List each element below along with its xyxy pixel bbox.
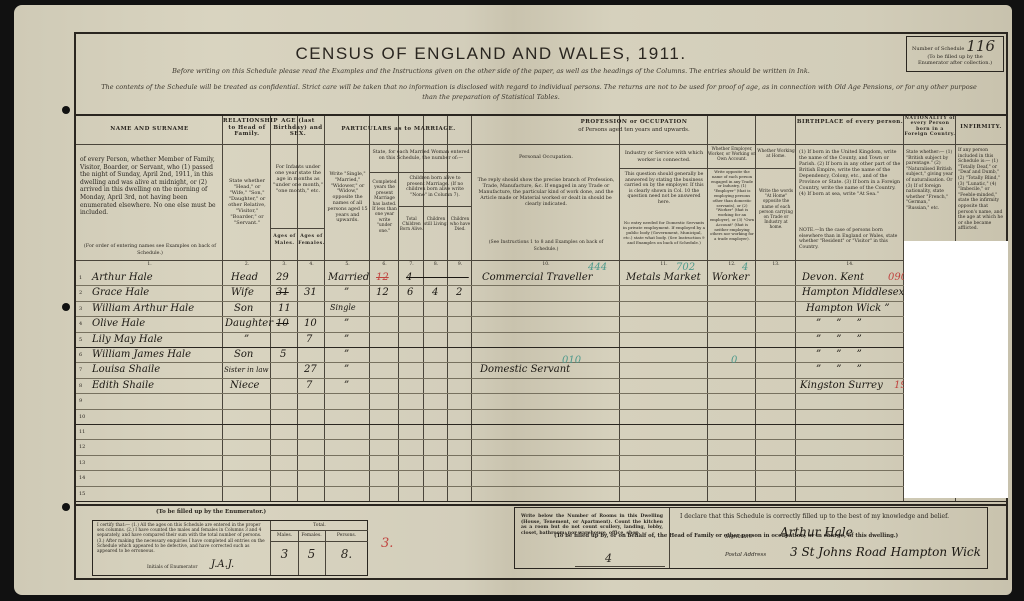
table-row: 14 <box>76 471 1006 486</box>
header-nationality-title: NATIONALITY of every Person born in a Fo… <box>904 116 956 138</box>
header-age-males: Ages of Males. <box>271 234 298 247</box>
head-of-family-box: Write below the Number of Rooms in this … <box>514 507 988 569</box>
relationship: Sister in law <box>224 366 269 374</box>
red-annotation: 3. <box>381 536 393 551</box>
birthplace: Kingston Surrey <box>800 380 883 391</box>
person-name: Louisa Shaile <box>92 364 160 375</box>
header-birthplace-title: BIRTHPLACE of every person. <box>796 119 904 126</box>
declaration: I declare that this Schedule is correctl… <box>680 513 949 520</box>
birthplace: ” ” ” <box>816 349 868 360</box>
age-female: 7 <box>306 380 312 391</box>
column-number: 12. <box>708 262 756 267</box>
row-number: 12 <box>79 444 85 450</box>
column-number: 1. <box>76 262 223 267</box>
row-number: 8 <box>79 383 82 389</box>
header-age-females: Ages of Females. <box>298 234 325 247</box>
married-woman-divider <box>370 172 472 173</box>
marital-condition: ” <box>344 334 349 345</box>
birthplace: Hampton Middlesex <box>802 287 904 298</box>
column-number: 13. <box>756 262 796 267</box>
marital-condition: ” <box>344 287 349 298</box>
header-age-body: For Infants under one year state the age… <box>273 164 323 194</box>
age-sex-divider <box>271 228 325 229</box>
row-number: 1 <box>79 275 82 281</box>
postal-address-label: Postal Address <box>725 552 766 558</box>
employment-code: 0 <box>731 355 737 366</box>
marital-condition: ” <box>344 318 349 329</box>
enumerator-title: (To be filled up by the Enumerator.) <box>156 509 266 515</box>
person-name: William James Hale <box>92 349 191 360</box>
occupation: Commercial Traveller <box>482 272 593 283</box>
header-industry-note: No entry needed for Domestic Servants in… <box>622 220 706 245</box>
header-employer-body: Write opposite the name of each person e… <box>709 170 755 242</box>
header-profession-subtitle: of Persons aged ten years and upwards. <box>472 127 796 134</box>
age-female: 27 <box>304 364 317 375</box>
schedule-number-note: (To be filled up by the Enumerator after… <box>912 54 998 66</box>
header-industry-body: This question should generally be answer… <box>622 172 706 206</box>
header-nationality-body: State whether:— (1) "British subject by … <box>906 150 954 212</box>
column-number: 3. <box>271 262 298 267</box>
instruction-line: Before writing on this Schedule please r… <box>76 67 906 75</box>
header-relationship-title: RELATIONSHIP to Head of Family. <box>223 118 271 138</box>
children-living: 4 <box>432 287 438 298</box>
person-name: Grace Hale <box>92 287 149 298</box>
table-row: 6 William James Hale Son 5 ” ” ” ” <box>76 348 1006 363</box>
age-male: 29 <box>276 272 289 283</box>
total-females: 5 <box>298 547 325 561</box>
column-number: 9. <box>448 262 472 267</box>
form-frame: CENSUS OF ENGLAND AND WALES, 1911. Befor… <box>74 32 1008 580</box>
total-males: 3 <box>271 547 298 561</box>
header-relationship-body: State whether "Head," or "Wife," "Son," … <box>225 178 269 226</box>
census-table: NAME AND SURNAME RELATIONSHIP to Head of… <box>76 114 1006 502</box>
redacted-infirmity-area <box>904 241 1008 498</box>
column-number: 2. <box>223 262 271 267</box>
employment-code: 4 <box>742 262 748 273</box>
person-name: Lily May Hale <box>92 334 163 345</box>
table-row: 12 <box>76 440 1006 455</box>
females-label: Females. <box>298 533 325 538</box>
birthplace: ” ” ” <box>816 318 868 329</box>
column-number: 7. <box>399 262 424 267</box>
table-row: 7 Louisa Shaile Sister in law 27 ” Domes… <box>76 363 1006 378</box>
header-infirmity-body: If any person included in this Schedule … <box>958 148 1004 232</box>
punch-hole <box>62 106 70 114</box>
table-row: 4 Olive Hale Daughter 10 10 ” ” ” ” <box>76 317 1006 332</box>
birthplace: Devon. Kent <box>802 272 864 283</box>
initials-label: Initials of Enumerator <box>147 565 198 570</box>
relationship: ” <box>244 334 249 345</box>
person-name: William Arthur Hale <box>92 303 194 314</box>
table-row: 2 Grace Hale Wife 31 31 ” 12 6 4 2 Hampt… <box>76 286 1006 301</box>
children-died: 2 <box>456 287 462 298</box>
table-row: 9 <box>76 394 1006 409</box>
years-married: 12 <box>376 272 389 283</box>
relationship: Son <box>234 303 253 314</box>
row-number: 10 <box>79 414 85 420</box>
header-children-born: Children born alive to present Marriage.… <box>400 176 470 198</box>
header-died-children: Children who have Died. <box>448 216 472 231</box>
relationship: Wife <box>231 287 254 298</box>
row-number: 15 <box>79 491 85 497</box>
marital-condition: ” <box>344 380 349 391</box>
row-number: 14 <box>79 475 85 481</box>
form-title: CENSUS OF ENGLAND AND WALES, 1911. <box>76 44 906 64</box>
header-birthplace-note: NOTE.—In the case of persons born elsewh… <box>799 228 901 250</box>
employment-status: Worker <box>712 272 749 283</box>
schedule-number-box: 116 Number of Schedule (To be filled up … <box>906 36 1004 72</box>
row-number: 6 <box>79 352 82 358</box>
header-home: Whether Working at Home. <box>756 148 796 158</box>
age-male: 5 <box>280 349 286 360</box>
years-married: 12 <box>376 287 389 298</box>
enumerator-certification: I certify that:— (1.) All the ages on th… <box>97 523 267 554</box>
rooms-instruction: Write below the Number of Rooms in this … <box>515 508 670 568</box>
postal-address: 3 St Johns Road Hampton Wick <box>790 545 981 559</box>
rooms-instruction-text: Write below the Number of Rooms in this … <box>521 514 663 536</box>
age-female: 10 <box>304 318 317 329</box>
header-living-children: Children still Living. <box>424 216 448 226</box>
relationship: Son <box>234 349 253 360</box>
table-row: 8 Edith Shaile Niece 7 ” Kingston Surrey… <box>76 379 1006 394</box>
marital-condition: Single <box>330 303 356 312</box>
column-number: 8. <box>424 262 448 267</box>
header-profession-title: PROFESSION or OCCUPATION <box>472 119 796 126</box>
header-personal-occupation-note: (See Instructions 1 to 8 and Examples on… <box>476 240 616 253</box>
marital-condition: Married <box>328 272 369 283</box>
age-male: 11 <box>278 303 291 314</box>
row-number: 11 <box>79 429 85 435</box>
column-number-divider <box>76 260 1006 261</box>
industry-divider <box>620 168 796 169</box>
profession-divider <box>472 144 796 145</box>
enumerator-box: I certify that:— (1.) All the ages on th… <box>92 520 368 576</box>
relationship: Daughter <box>225 318 273 329</box>
punch-hole <box>62 303 70 311</box>
column-number: 6. <box>370 262 399 267</box>
column-number: 14. <box>796 262 904 267</box>
header-industry: Industry or Service with which worker is… <box>620 150 708 163</box>
rooms-underline <box>575 566 665 567</box>
relationship: Head <box>231 272 258 283</box>
header-name-note: (For order of entering names see Example… <box>80 244 220 257</box>
marital-condition: ” <box>344 349 349 360</box>
table-row: 3 William Arthur Hale Son 11 Single Hamp… <box>76 302 1006 317</box>
table-row: 11 <box>76 425 1006 440</box>
industry: Metals Market <box>626 272 701 283</box>
table-row: 5 Lily May Hale ” 7 ” ” ” ” <box>76 333 1006 348</box>
row-number: 7 <box>79 367 82 373</box>
age-male-struck: 10 <box>276 318 289 329</box>
occupation-code: 010 <box>562 355 581 366</box>
males-label: Males. <box>271 533 298 538</box>
table-row: 10 <box>76 410 1006 425</box>
header-total-children: Total Children Born Alive. <box>399 216 424 231</box>
header-name-body: of every Person, whether Member of Famil… <box>80 156 220 217</box>
age-female: 7 <box>306 334 312 345</box>
age-male-struck: 31 <box>276 287 289 298</box>
header-infirmity-title: INFIRMITY. <box>956 124 1006 131</box>
confidential-line: The contents of the Schedule will be tre… <box>74 83 1004 91</box>
table-row: 13 <box>76 456 1006 471</box>
birthplace: ” ” ” <box>816 364 868 375</box>
person-name: Arthur Hale <box>92 272 153 283</box>
header-years-married: Completed years the present Marriage has… <box>371 180 398 234</box>
header-marriage-title: PARTICULARS as to MARRIAGE. <box>325 126 472 133</box>
enumerator-initials: J.A.J. <box>211 559 234 570</box>
age-female: 31 <box>304 287 317 298</box>
person-name: Edith Shaile <box>92 380 154 391</box>
header-employer: Whether Employer, Worker, or Working on … <box>708 146 756 161</box>
total-persons: 8. <box>325 547 368 561</box>
row-number: 13 <box>79 460 85 466</box>
table-row: 15 <box>76 487 1006 502</box>
header-married-woman: State, for each Married Woman entered on… <box>372 150 470 162</box>
census-schedule-page: CENSUS OF ENGLAND AND WALES, 1911. Befor… <box>14 5 1012 595</box>
persons-label: Persons. <box>325 533 368 538</box>
industry-code: 702 <box>676 262 695 273</box>
row-number: 2 <box>79 290 82 296</box>
signature-label: Signature <box>725 534 753 540</box>
relationship: Niece <box>230 380 259 391</box>
children-divider <box>399 206 472 207</box>
signature: Arthur Hale <box>780 525 853 539</box>
header-condition-body: Write "Single," "Married," "Widower," or… <box>327 172 368 224</box>
header-name-title: NAME AND SURNAME <box>76 126 223 133</box>
birthplace: ” ” ” <box>816 334 868 345</box>
header-home-body: Write the words "At Home" opposite the n… <box>758 188 794 230</box>
header-personal-occupation-body: The reply should show the precise branch… <box>476 178 616 208</box>
birthplace: Hampton Wick ” <box>806 303 889 314</box>
row-number: 4 <box>79 321 82 327</box>
header-birthplace-body: (1) If born in the United Kingdom, write… <box>799 150 901 198</box>
row-number: 9 <box>79 398 82 404</box>
marital-condition: ” <box>344 364 349 375</box>
confidential-line-2: than the preparation of Statistical Tabl… <box>76 93 906 101</box>
schedule-number: 116 <box>966 37 995 55</box>
children-struck: 4 — — <box>406 272 469 283</box>
header-personal-occupation: Personal Occupation. <box>472 154 620 161</box>
totals-label: Total. <box>271 523 368 528</box>
person-name: Olive Hale <box>92 318 145 329</box>
column-number: 5. <box>325 262 370 267</box>
children-total: 6 <box>407 287 413 298</box>
row-number: 5 <box>79 337 82 343</box>
header-age-title: AGE (last Birthday) and SEX. <box>271 118 325 138</box>
row-number: 3 <box>79 306 82 312</box>
occupation-code: 444 <box>588 262 607 273</box>
column-number: 4. <box>298 262 325 267</box>
occupation: Domestic Servant <box>480 364 570 375</box>
totals-box: Total. Males. Females. Persons. 3 5 8. <box>270 521 367 575</box>
table-row: 1 Arthur Hale Head 29 Married 12 4 — — C… <box>76 271 1006 286</box>
number-of-rooms: 4 <box>605 552 612 565</box>
punch-hole <box>62 503 70 511</box>
